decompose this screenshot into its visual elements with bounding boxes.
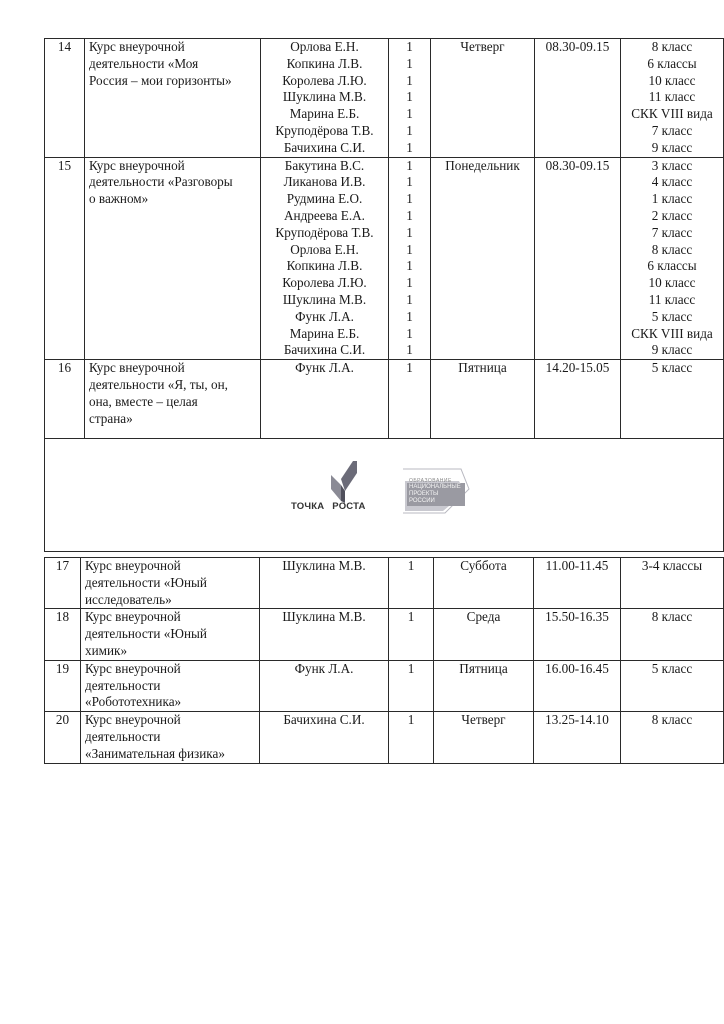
class-name: 7 класс — [625, 123, 719, 140]
hours-value: 1 — [393, 140, 426, 157]
course-name: Курс внеурочнойдеятельности«Занимательна… — [81, 712, 260, 763]
rosta-word: РОСТА — [332, 501, 365, 512]
time-slot: 13.25-14.10 — [534, 712, 621, 763]
course-line: «Занимательная физика» — [85, 746, 255, 763]
national-projects-logo: ОБРАЗОВАНИЕ НАЦИОНАЛЬНЫЕ ПРОЕКТЫ РОССИИ — [389, 467, 479, 517]
tochka-word: ТОЧКА — [291, 501, 324, 512]
day-of-week: Четверг — [431, 39, 535, 158]
schedule-table-top-body: 14Курс внеурочнойдеятельности «МояРоссия… — [45, 39, 724, 439]
teacher-name: Копкина Л.В. — [265, 56, 384, 73]
hours-value: 1 — [389, 660, 434, 711]
day-of-week: Среда — [434, 609, 534, 660]
course-name: Курс внеурочнойдеятельности «Я, ты, он,о… — [85, 360, 261, 439]
course-name: Курс внеурочнойдеятельности «Разговорыо … — [85, 157, 261, 360]
day-of-week: Четверг — [434, 712, 534, 763]
row-number: 15 — [45, 157, 85, 360]
course-line: исследователь» — [85, 592, 255, 609]
class-name: СКК VIII вида — [625, 326, 719, 343]
hours-value: 1 — [393, 123, 426, 140]
teachers: Функ Л.А. — [261, 360, 389, 439]
class-name: 3 класс — [625, 158, 719, 175]
course-line: Курс внеурочной — [85, 609, 255, 626]
hours-value: 1 — [393, 106, 426, 123]
teacher-name: Бачихина С.И. — [265, 140, 384, 157]
hours-value: 1 — [393, 275, 426, 292]
course-line: Курс внеурочной — [89, 39, 256, 56]
class-name: 8 класс — [621, 609, 724, 660]
table-row: 16Курс внеурочнойдеятельности «Я, ты, он… — [45, 360, 724, 439]
classes: 8 класс6 классы10 класс11 классСКК VIII … — [621, 39, 724, 158]
table-row: 14Курс внеурочнойдеятельности «МояРоссия… — [45, 39, 724, 158]
hours-value: 1 — [393, 39, 426, 56]
class-name: 10 класс — [625, 73, 719, 90]
course-line: деятельности «Юный — [85, 626, 255, 643]
table-row: 17Курс внеурочнойдеятельности «Юныйиссле… — [45, 558, 724, 609]
class-name: 6 классы — [625, 258, 719, 275]
hours-value: 1 — [393, 342, 426, 359]
hours: 1111111 — [389, 39, 431, 158]
hours: 1 — [389, 360, 431, 439]
course-name: Курс внеурочнойдеятельности «Юныйхимик» — [81, 609, 260, 660]
row-number: 18 — [45, 609, 81, 660]
hours-value: 1 — [393, 158, 426, 175]
row-number: 17 — [45, 558, 81, 609]
course-line: она, вместе – целая — [89, 394, 256, 411]
hours-value: 1 — [389, 712, 434, 763]
class-name: 9 класс — [625, 342, 719, 359]
time-slot: 08.30-09.15 — [535, 39, 621, 158]
row-number: 20 — [45, 712, 81, 763]
hours-value: 1 — [393, 174, 426, 191]
class-name: 8 класс — [621, 712, 724, 763]
teacher-name: Орлова Е.Н. — [265, 39, 384, 56]
row-number: 16 — [45, 360, 85, 439]
hours-value: 1 — [389, 558, 434, 609]
time-slot: 15.50-16.35 — [534, 609, 621, 660]
classes: 3 класс4 класс1 класс2 класс7 класс8 кла… — [621, 157, 724, 360]
teacher-name: Орлова Е.Н. — [265, 242, 384, 259]
class-name: 3-4 классы — [621, 558, 724, 609]
hours-value: 1 — [393, 89, 426, 106]
logos: ТОЧКАРОСТА ОБРАЗОВАНИЕ НАЦИОНАЛЬНЫЕ ПРОЕ… — [285, 459, 545, 529]
row-number: 19 — [45, 660, 81, 711]
classes: 5 класс — [621, 360, 724, 439]
teacher-name: Королева Л.Ю. — [265, 275, 384, 292]
hours-value: 1 — [393, 191, 426, 208]
time-slot: 08.30-09.15 — [535, 157, 621, 360]
teacher-name: Функ Л.А. — [260, 660, 389, 711]
teacher-name: Шуклина М.В. — [260, 558, 389, 609]
class-name: 5 класс — [625, 360, 719, 377]
teacher-name: Шуклина М.В. — [260, 609, 389, 660]
national-projects-big-text: НАЦИОНАЛЬНЫЕ ПРОЕКТЫ РОССИИ — [407, 483, 465, 506]
np-line: НАЦИОНАЛЬНЫЕ — [409, 484, 463, 491]
teacher-name: Андреева Е.А. — [265, 208, 384, 225]
teacher-name: Круподёрова Т.В. — [265, 123, 384, 140]
tochka-rosta-logo: ТОЧКАРОСТА — [291, 459, 391, 519]
class-name: 5 класс — [625, 309, 719, 326]
course-line: Курс внеурочной — [85, 712, 255, 729]
course-line: Курс внеурочной — [85, 558, 255, 575]
table-row: 19Курс внеурочнойдеятельности«Робототехн… — [45, 660, 724, 711]
teacher-name: Марина Е.Б. — [265, 326, 384, 343]
hours-value: 1 — [393, 73, 426, 90]
course-line: деятельности «Юный — [85, 575, 255, 592]
course-line: деятельности «Я, ты, он, — [89, 377, 256, 394]
teacher-name: Королева Л.Ю. — [265, 73, 384, 90]
hours-value: 1 — [393, 242, 426, 259]
class-name: 6 классы — [625, 56, 719, 73]
table-row: 15Курс внеурочнойдеятельности «Разговоры… — [45, 157, 724, 360]
hours-value: 1 — [393, 258, 426, 275]
teacher-name: Функ Л.А. — [265, 309, 384, 326]
teacher-name: Рудмина Е.О. — [265, 191, 384, 208]
class-name: 4 класс — [625, 174, 719, 191]
course-line: Россия – мои горизонты» — [89, 73, 256, 90]
time-slot: 16.00-16.45 — [534, 660, 621, 711]
teacher-name: Шуклина М.В. — [265, 89, 384, 106]
teacher-name: Функ Л.А. — [265, 360, 384, 377]
course-line: деятельности — [85, 729, 255, 746]
row-number: 14 — [45, 39, 85, 158]
schedule-table-top: 14Курс внеурочнойдеятельности «МояРоссия… — [44, 38, 724, 552]
hours: 111111111111 — [389, 157, 431, 360]
teacher-name: Бачихина С.И. — [265, 342, 384, 359]
class-name: 8 класс — [625, 39, 719, 56]
table-row: 20Курс внеурочнойдеятельности«Заниматель… — [45, 712, 724, 763]
course-line: деятельности «Разговоры — [89, 174, 256, 191]
np-line: РОССИИ — [409, 498, 463, 505]
class-name: СКК VIII вида — [625, 106, 719, 123]
hours-value: 1 — [393, 225, 426, 242]
course-name: Курс внеурочнойдеятельности«Робототехник… — [81, 660, 260, 711]
course-line: деятельности — [85, 678, 255, 695]
hours-value: 1 — [393, 56, 426, 73]
teacher-name: Бачихина С.И. — [260, 712, 389, 763]
time-slot: 14.20-15.05 — [535, 360, 621, 439]
tochka-rosta-text: ТОЧКАРОСТА — [291, 499, 391, 516]
hours-value: 1 — [393, 292, 426, 309]
teacher-name: Копкина Л.В. — [265, 258, 384, 275]
course-line: Курс внеурочной — [89, 360, 256, 377]
course-line: о важном» — [89, 191, 256, 208]
teacher-name: Круподёрова Т.В. — [265, 225, 384, 242]
hours-value: 1 — [393, 360, 426, 377]
hours-value: 1 — [393, 208, 426, 225]
class-name: 7 класс — [625, 225, 719, 242]
course-line: Курс внеурочной — [89, 158, 256, 175]
class-name: 5 класс — [621, 660, 724, 711]
hours-value: 1 — [393, 309, 426, 326]
hours-value: 1 — [393, 326, 426, 343]
class-name: 10 класс — [625, 275, 719, 292]
teacher-name: Шуклина М.В. — [265, 292, 384, 309]
day-of-week: Понедельник — [431, 157, 535, 360]
teachers: Бакутина В.С.Ликанова И.В.Рудмина Е.О.Ан… — [261, 157, 389, 360]
teacher-name: Бакутина В.С. — [265, 158, 384, 175]
class-name: 9 класс — [625, 140, 719, 157]
class-name: 11 класс — [625, 292, 719, 309]
day-of-week: Суббота — [434, 558, 534, 609]
class-name: 11 класс — [625, 89, 719, 106]
sprout-icon — [327, 459, 359, 503]
teacher-name: Ликанова И.В. — [265, 174, 384, 191]
class-name: 1 класс — [625, 191, 719, 208]
course-line: «Робототехника» — [85, 694, 255, 711]
class-name: 2 класс — [625, 208, 719, 225]
course-name: Курс внеурочнойдеятельности «МояРоссия –… — [85, 39, 261, 158]
schedule-table-bottom-body: 17Курс внеурочнойдеятельности «Юныйиссле… — [45, 558, 724, 764]
class-name: 8 класс — [625, 242, 719, 259]
logo-row: ТОЧКАРОСТА ОБРАЗОВАНИЕ НАЦИОНАЛЬНЫЕ ПРОЕ… — [45, 439, 724, 552]
np-line: ПРОЕКТЫ — [409, 491, 463, 498]
course-line: страна» — [89, 411, 256, 428]
day-of-week: Пятница — [431, 360, 535, 439]
hours-value: 1 — [389, 609, 434, 660]
time-slot: 11.00-11.45 — [534, 558, 621, 609]
course-line: Курс внеурочной — [85, 661, 255, 678]
course-line: деятельности «Моя — [89, 56, 256, 73]
course-name: Курс внеурочнойдеятельности «Юныйисследо… — [81, 558, 260, 609]
day-of-week: Пятница — [434, 660, 534, 711]
table-row: 18Курс внеурочнойдеятельности «Юныйхимик… — [45, 609, 724, 660]
course-line: химик» — [85, 643, 255, 660]
teachers: Орлова Е.Н.Копкина Л.В.Королева Л.Ю.Шукл… — [261, 39, 389, 158]
logo-cell: ТОЧКАРОСТА ОБРАЗОВАНИЕ НАЦИОНАЛЬНЫЕ ПРОЕ… — [45, 439, 724, 552]
schedule-table-bottom: 17Курс внеурочнойдеятельности «Юныйиссле… — [44, 557, 724, 764]
teacher-name: Марина Е.Б. — [265, 106, 384, 123]
